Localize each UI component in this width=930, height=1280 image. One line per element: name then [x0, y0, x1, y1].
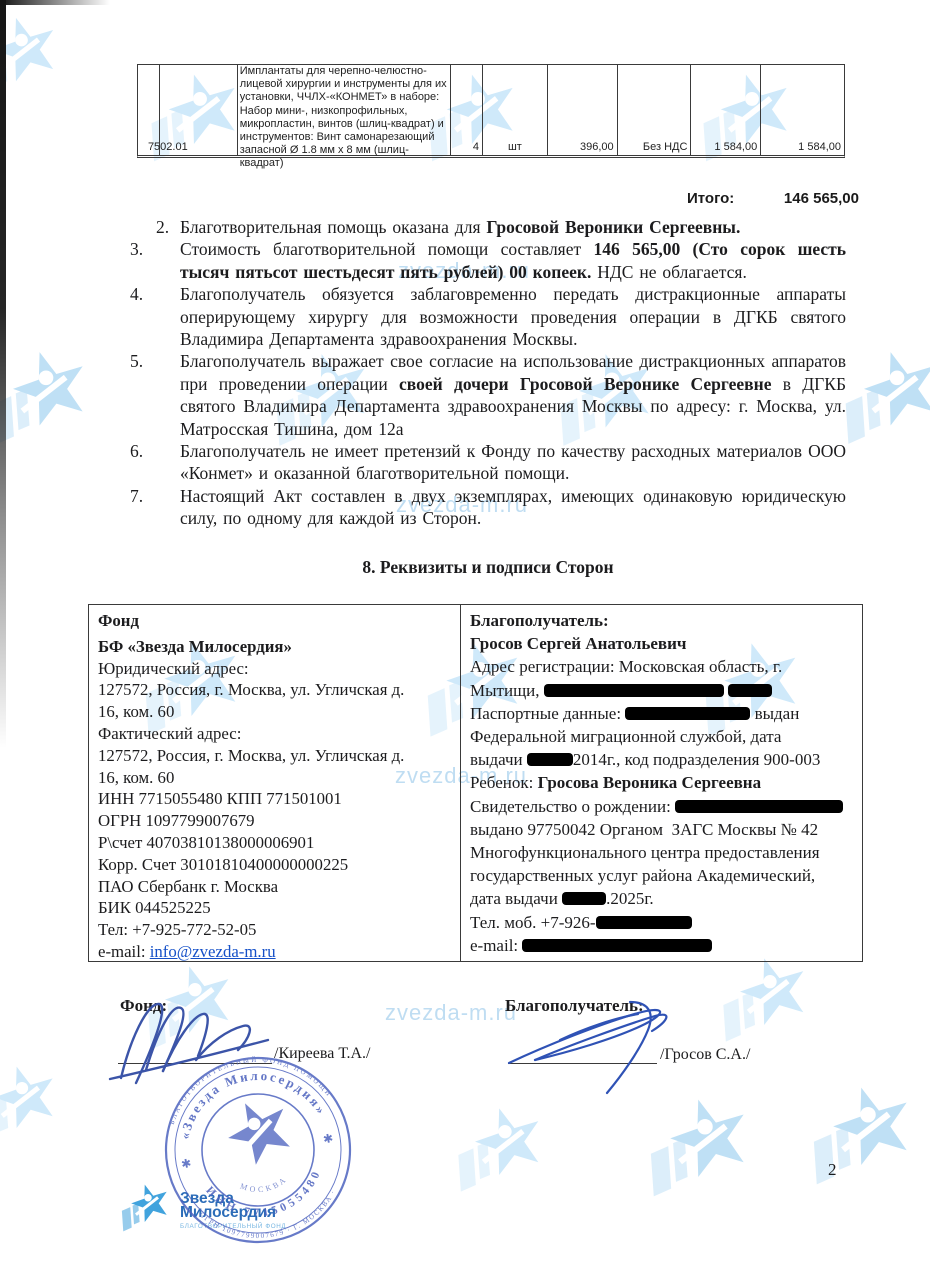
clause-list: 2.Благотворительная помощь оказана для Г…	[130, 216, 846, 530]
redaction-bar	[728, 684, 772, 697]
signature-line	[508, 1063, 657, 1064]
text-segment: Многофункционального центра предоставлен…	[470, 843, 820, 862]
text-line: Мытищи,	[470, 679, 854, 702]
text-segment: Фонд	[98, 611, 139, 630]
text-line: выдано 97750042 Органом ЗАГС Москвы № 42	[470, 818, 854, 841]
text-segment: Корр. Счет 30101810400000000225	[98, 855, 348, 874]
text-segment: Юридический адрес:	[98, 659, 249, 678]
text-line: 127572, Россия, г. Москва, ул. Угличская…	[98, 745, 450, 767]
page-number: 2	[828, 1160, 837, 1180]
list-item-number: 4.	[130, 283, 180, 350]
text-segment: государственных услуг района Академическ…	[470, 866, 815, 885]
text-segment: ИНН 7715055480 КПП 771501001	[98, 789, 342, 808]
text-line: 16, ком. 60	[98, 767, 450, 789]
text-segment: Благотворительная помощь оказана для	[180, 217, 486, 237]
list-item: 5.Благополучатель выражает свое согласие…	[130, 350, 846, 440]
table-cell-qty: 4	[451, 65, 483, 155]
beneficiary-signature-label: Благополучатель:	[505, 996, 644, 1016]
text-segment: 16, ком. 60	[98, 702, 174, 721]
list-item-number: 3.	[130, 238, 180, 283]
redaction-bar	[625, 707, 750, 720]
stamp-star-icon	[223, 1097, 292, 1169]
list-item-number: 6.	[130, 440, 180, 485]
text-segment: БФ «Звезда Милосердия»	[98, 637, 292, 656]
text-segment: Тел. моб. +7-926-	[470, 913, 596, 932]
svg-text:МОСКВА: МОСКВА	[238, 1173, 291, 1198]
text-line: Федеральной миграционной службой, дата	[470, 725, 854, 748]
text-segment: Тел: +7-925-772-52-05	[98, 920, 256, 939]
text-segment: Ребенок:	[470, 773, 538, 792]
table-total-row: Итого: 146 565,00	[687, 190, 859, 207]
star-watermark-icon	[0, 1059, 68, 1151]
section-heading: 8. Реквизиты и подписи Сторон	[130, 557, 846, 578]
text-segment: выдан	[750, 704, 799, 723]
text-line: Свидетельство о рождении:	[470, 795, 854, 818]
text-segment: Стоимость благотворительной помощи соста…	[180, 239, 593, 259]
star-watermark-icon	[647, 1090, 763, 1206]
stamp-asterisk: ✱	[180, 1156, 192, 1172]
text-segment: Гросовой Вероники Сергеевны.	[486, 217, 740, 237]
list-item-number: 5.	[130, 350, 180, 440]
list-item-text: Стоимость благотворительной помощи соста…	[180, 238, 846, 283]
text-segment: Фактический адрес:	[98, 724, 241, 743]
goods-table: 7502.01 Имплантаты для черепно-челюстно-…	[137, 64, 845, 158]
list-item-number: 2.	[130, 216, 180, 238]
list-item: 3.Стоимость благотворительной помощи сос…	[130, 238, 846, 283]
list-item-text: Благополучатель обязуется заблаговременн…	[180, 283, 846, 350]
text-segment: Адрес регистрации: Московская область, г…	[470, 657, 782, 676]
star-watermark-icon	[455, 1100, 555, 1200]
text-segment: своей дочери Гросовой Веронике Сергеевне	[399, 374, 771, 394]
redaction-bar	[527, 753, 573, 766]
text-line: Ребенок: Гросова Вероника Сергеевна	[470, 771, 854, 794]
text-line: ОГРН 1097799007679	[98, 810, 450, 832]
text-line: дата выдачи .2025г.	[470, 887, 854, 910]
text-line: Корр. Счет 30101810400000000225	[98, 854, 450, 876]
text-segment: 2014г., код подразделения 900-003	[573, 750, 820, 769]
text-line: Юридический адрес:	[98, 658, 450, 680]
beneficiary-signatory-name: /Гросов С.А./	[660, 1046, 750, 1064]
redaction-bar	[522, 939, 712, 952]
star-watermark-icon	[0, 10, 69, 105]
text-segment: НДС не облагается.	[591, 262, 747, 282]
table-cell-vat: Без НДС	[618, 65, 692, 155]
text-segment: e-mail:	[98, 942, 150, 961]
text-segment: Р\счет 40703810138000006901	[98, 833, 314, 852]
text-line: Паспортные данные: выдан	[470, 702, 854, 725]
text-line: ИНН 7715055480 КПП 771501001	[98, 788, 450, 810]
star-watermark-icon	[720, 950, 820, 1050]
list-item: 2.Благотворительная помощь оказана для Г…	[130, 216, 846, 238]
text-segment: дата выдачи	[470, 889, 562, 908]
list-item-text: Благополучатель не имеет претензий к Фон…	[180, 440, 846, 485]
text-segment: Федеральной миграционной службой, дата	[470, 727, 781, 746]
text-line: e-mail:	[470, 934, 854, 957]
fund-signature-label: Фонд:	[120, 996, 167, 1016]
text-line: Фонд	[98, 610, 450, 632]
text-segment: e-mail:	[470, 936, 522, 955]
text-line: Адрес регистрации: Московская область, г…	[470, 655, 854, 678]
site-watermark: zvezda-m.ru	[385, 1000, 517, 1026]
text-segment: Паспортные данные:	[470, 704, 625, 723]
round-stamp: БЛАГОТВОРИТЕЛЬНЫЙ ФОНД ПОМОЩИ ОГРН 10977…	[140, 1032, 376, 1268]
redaction-bar	[562, 892, 606, 905]
text-segment: 127572, Россия, г. Москва, ул. Угличская…	[98, 746, 404, 765]
redaction-bar	[596, 916, 692, 929]
text-segment: выдано 97750042 Органом ЗАГС Москвы № 42	[470, 820, 818, 839]
table-cell-code: 7502.01	[160, 65, 238, 155]
star-watermark-icon	[842, 343, 930, 453]
text-line: 127572, Россия, г. Москва, ул. Угличская…	[98, 679, 450, 701]
list-item-text: Благополучатель выражает свое согласие н…	[180, 350, 846, 440]
text-line: БИК 044525225	[98, 897, 450, 919]
list-item: 4.Благополучатель обязуется заблаговреме…	[130, 283, 846, 350]
fund-requisites-column: ФондБФ «Звезда Милосердия»Юридический ад…	[89, 605, 461, 961]
stamp-asterisk: ✱	[322, 1131, 334, 1147]
text-segment: Настоящий Акт составлен в двух экземпляр…	[180, 486, 846, 528]
scan-edge-artifact	[0, 0, 110, 5]
requisites-box: ФондБФ «Звезда Милосердия»Юридический ад…	[88, 604, 863, 962]
text-segment: Благополучатель не имеет претензий к Фон…	[180, 441, 846, 483]
email-link[interactable]: info@zvezda-m.ru	[150, 942, 276, 961]
table-cell-unit: шт	[483, 65, 548, 155]
text-line: Тел. моб. +7-926-	[470, 911, 854, 934]
list-item: 7.Настоящий Акт составлен в двух экземпл…	[130, 485, 846, 530]
text-segment: Мытищи,	[470, 681, 544, 700]
text-line: 16, ком. 60	[98, 701, 450, 723]
text-segment: 16, ком. 60	[98, 768, 174, 787]
text-segment: ОГРН 1097799007679	[98, 811, 255, 830]
text-segment: Гросов Сергей Анатольевич	[470, 634, 687, 653]
beneficiary-requisites-column: Благополучатель:Гросов Сергей Анатольеви…	[461, 605, 862, 961]
table-cell-price: 396,00	[548, 65, 618, 155]
document-page: zvezda-m.ru zvezda-m.ru zvezda-m.ru zvez…	[0, 0, 930, 1280]
star-watermark-icon	[0, 343, 101, 453]
total-value: 146 565,00	[784, 190, 859, 207]
text-line: Р\счет 40703810138000006901	[98, 832, 450, 854]
table-cell-total: 1 584,00	[761, 65, 844, 155]
list-item-text: Настоящий Акт составлен в двух экземпляр…	[180, 485, 846, 530]
text-line: Тел: +7-925-772-52-05	[98, 919, 450, 941]
text-segment: .2025г.	[606, 889, 654, 908]
table-cell-description: Имплантаты для черепно-челюстно-лицевой …	[238, 65, 451, 155]
text-line: Благополучатель:	[470, 609, 854, 632]
text-segment: 127572, Россия, г. Москва, ул. Угличская…	[98, 680, 404, 699]
text-line: Многофункционального центра предоставлен…	[470, 841, 854, 864]
table-cell-sum: 1 584,00	[691, 65, 761, 155]
text-segment: БИК 044525225	[98, 898, 211, 917]
list-item: 6.Благополучатель не имеет претензий к Ф…	[130, 440, 846, 485]
text-line: ПАО Сбербанк г. Москва	[98, 876, 450, 898]
text-line: государственных услуг района Академическ…	[470, 864, 854, 887]
list-item-number: 7.	[130, 485, 180, 530]
scan-edge-artifact	[0, 0, 6, 880]
redaction-bar	[675, 800, 843, 813]
text-segment: Благополучатель обязуется заблаговременн…	[180, 284, 846, 349]
text-segment: Благополучатель:	[470, 611, 609, 630]
text-segment: Гросова Вероника Сергеевна	[538, 773, 762, 792]
text-line: e-mail: info@zvezda-m.ru	[98, 941, 450, 963]
text-line: БФ «Звезда Милосердия»	[98, 636, 450, 658]
text-segment: Свидетельство о рождении:	[470, 797, 675, 816]
text-segment: выдачи	[470, 750, 527, 769]
total-label: Итого:	[687, 190, 734, 207]
text-line: Гросов Сергей Анатольевич	[470, 632, 854, 655]
list-item-text: Благотворительная помощь оказана для Гро…	[180, 216, 846, 238]
text-segment: ПАО Сбербанк г. Москва	[98, 877, 278, 896]
text-line: Фактический адрес:	[98, 723, 450, 745]
redaction-bar	[544, 684, 724, 697]
text-line: выдачи 2014г., код подразделения 900-003	[470, 748, 854, 771]
